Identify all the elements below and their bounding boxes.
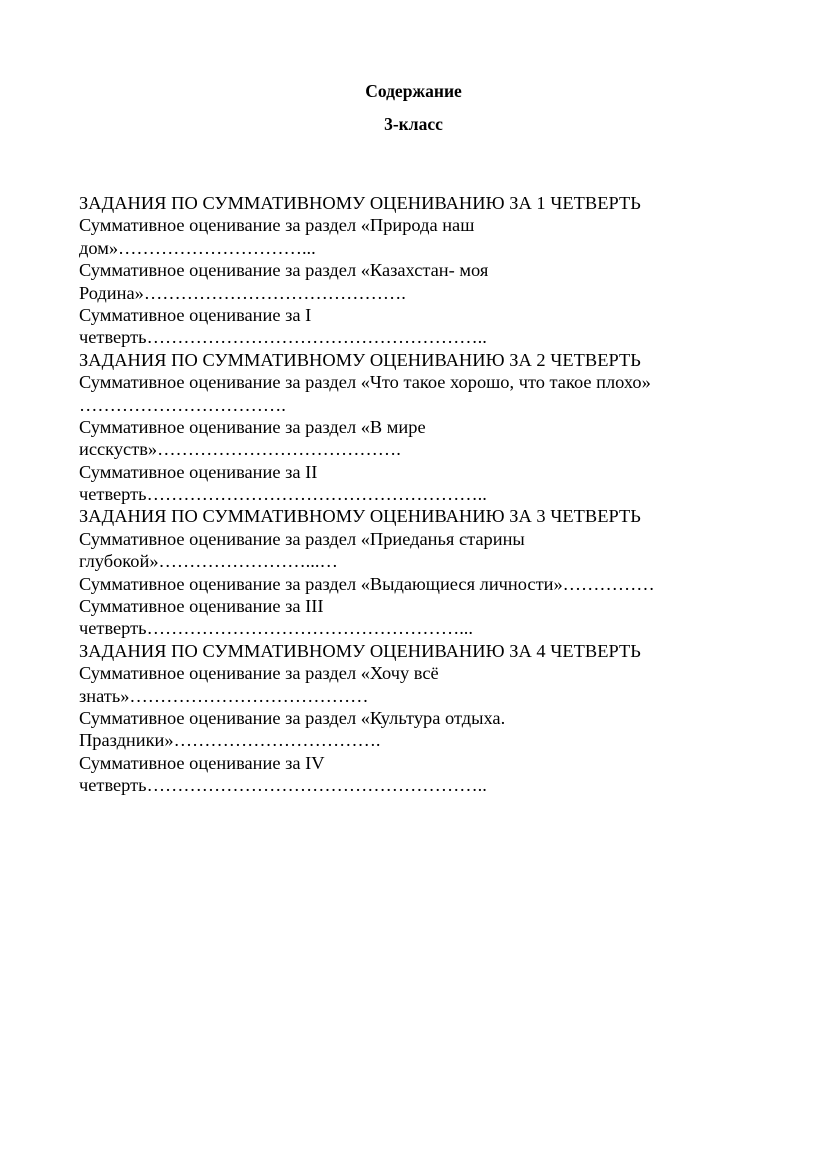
toc-entry-q2-1-line1: Суммативное оценивание за раздел «Что та…: [79, 371, 719, 393]
toc-entry-q4-2-line1: Суммативное оценивание за раздел «Культу…: [79, 707, 719, 729]
toc-entry-q4-3-line2: четверть………………………………………………..: [79, 774, 719, 796]
toc-section-heading-q3: ЗАДАНИЯ ПО СУММАТИВНОМУ ОЦЕНИВАНИЮ ЗА 3 …: [79, 505, 719, 527]
toc-section-heading-q1: ЗАДАНИЯ ПО СУММАТИВНОМУ ОЦЕНИВАНИЮ ЗА 1 …: [79, 192, 719, 214]
toc-entry-q1-3-line1: Суммативное оценивание за I: [79, 304, 719, 326]
toc-entry-q3-1-line1: Суммативное оценивание за раздел «Приеда…: [79, 528, 719, 550]
toc-section-heading-q2: ЗАДАНИЯ ПО СУММАТИВНОМУ ОЦЕНИВАНИЮ ЗА 2 …: [79, 349, 719, 371]
toc-entry-q2-3-line1: Суммативное оценивание за II: [79, 461, 719, 483]
toc-entry-q3-3-line2: четверть……………………………………………...: [79, 617, 719, 639]
toc-entry-q3-2-line1: Суммативное оценивание за раздел «Выдающ…: [79, 573, 719, 595]
toc-entry-q1-1-line2: дом»…………………………...: [79, 237, 719, 259]
toc-entry-q1-1-line1: Суммативное оценивание за раздел «Природ…: [79, 214, 719, 236]
toc-entry-q4-2-line2: Праздники»…………………………….: [79, 729, 719, 751]
toc-entry-q1-2-line1: Суммативное оценивание за раздел «Казахс…: [79, 259, 719, 281]
toc-entry-q4-1-line1: Суммативное оценивание за раздел «Хочу в…: [79, 662, 719, 684]
table-of-contents: ЗАДАНИЯ ПО СУММАТИВНОМУ ОЦЕНИВАНИЮ ЗА 1 …: [79, 192, 719, 797]
toc-section-heading-q4: ЗАДАНИЯ ПО СУММАТИВНОМУ ОЦЕНИВАНИЮ ЗА 4 …: [79, 640, 719, 662]
page-subtitle: 3-класс: [0, 114, 827, 134]
toc-entry-q1-2-line2: Родина»…………………………………….: [79, 282, 719, 304]
page-title: Содержание: [0, 81, 827, 101]
toc-entry-q2-2-line1: Суммативное оценивание за раздел «В мире: [79, 416, 719, 438]
toc-entry-q2-2-line2: исскуств»………………………………….: [79, 438, 719, 460]
toc-entry-q2-1-line2: …………………………….: [79, 394, 719, 416]
toc-entry-q3-1-line2: глубокой»……………………...…: [79, 550, 719, 572]
document-page: Содержание 3-класс ЗАДАНИЯ ПО СУММАТИВНО…: [0, 0, 827, 1170]
toc-entry-q1-3-line2: четверть………………………………………………..: [79, 326, 719, 348]
toc-entry-q2-3-line2: четверть………………………………………………..: [79, 483, 719, 505]
toc-entry-q3-3-line1: Суммативное оценивание за III: [79, 595, 719, 617]
toc-entry-q4-3-line1: Суммативное оценивание за IV: [79, 752, 719, 774]
toc-entry-q4-1-line2: знать»…………………………………: [79, 685, 719, 707]
